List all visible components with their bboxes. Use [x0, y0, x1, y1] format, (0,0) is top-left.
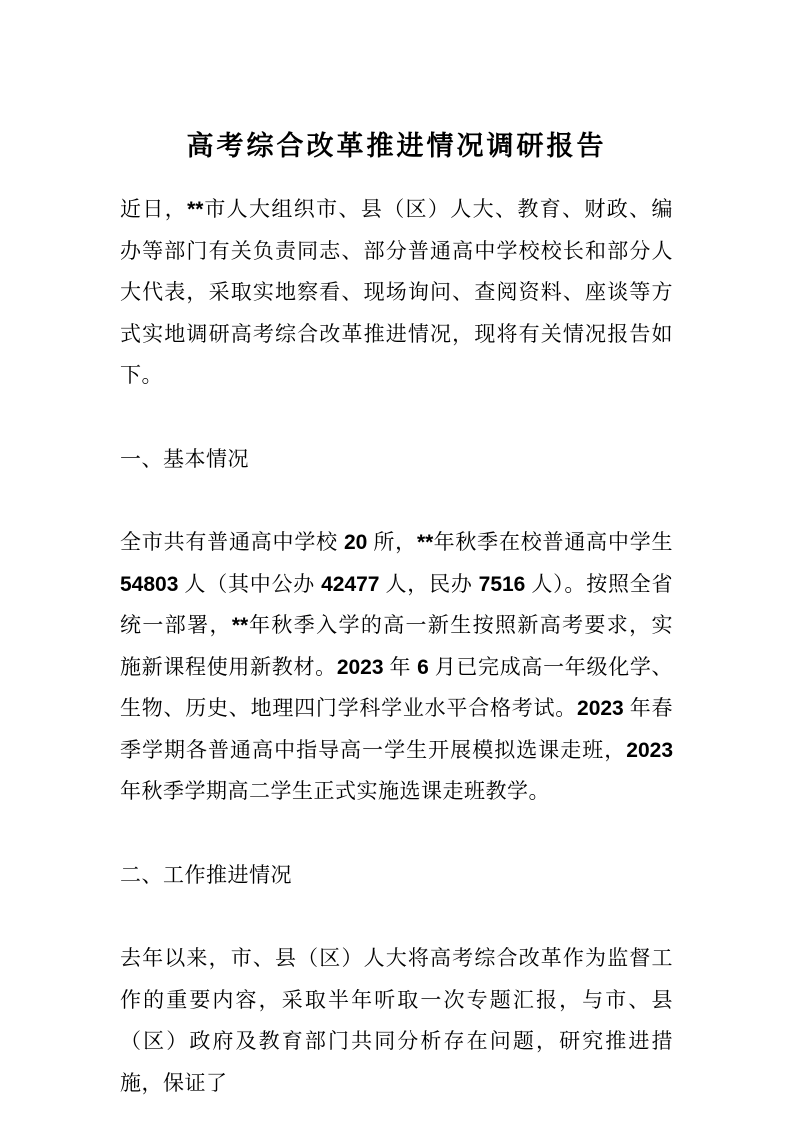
masked-value-run: ** [187, 198, 203, 221]
text-run: 年秋季学期高二学生正式实施选课走班教学。 [120, 779, 550, 803]
paragraph-basic-info: 全市共有普通高中学校 20 所，**年秋季在校普通高中学生 54803 人（其中… [120, 522, 673, 813]
text-run: 全市共有普通高中学校 [120, 530, 344, 554]
text-run: 市人大组织市、县（区）人大、教育、财政、编办等部门有关负责同志、部分普通高中学校… [120, 197, 673, 387]
text-run: 年秋季在校普通高中学生 [433, 530, 673, 554]
text-run: 所， [367, 530, 417, 554]
text-run: 人，民办 [380, 572, 479, 596]
text-run: 年 [384, 655, 418, 679]
section-heading-work-progress: 二、工作推进情况 [120, 855, 673, 897]
number-run: 7516 [479, 573, 526, 596]
number-run: 6 [417, 656, 429, 679]
number-run: 2023 [577, 697, 624, 720]
document-title: 高考综合改革推进情况调研报告 [120, 124, 673, 169]
number-run: 54803 [120, 573, 178, 596]
paragraph-work-progress: 去年以来，市、县（区）人大将高考综合改革作为监督工作的重要内容，采取半年听取一次… [120, 938, 673, 1104]
section-heading-basic-info: 一、基本情况 [120, 439, 673, 481]
number-run: 42477 [321, 573, 379, 596]
masked-value-run: ** [232, 614, 248, 637]
number-run: 2023 [337, 656, 384, 679]
number-run: 2023 [626, 739, 673, 762]
masked-value-run: ** [417, 531, 433, 554]
text-run: 人（其中公办 [178, 572, 321, 596]
text-run: 近日， [120, 197, 187, 221]
number-run: 20 [344, 531, 367, 554]
paragraph-intro: 近日，**市人大组织市、县（区）人大、教育、财政、编办等部门有关负责同志、部分普… [120, 189, 673, 397]
document-page: 高考综合改革推进情况调研报告 近日，**市人大组织市、县（区）人大、教育、财政、… [0, 0, 793, 1122]
